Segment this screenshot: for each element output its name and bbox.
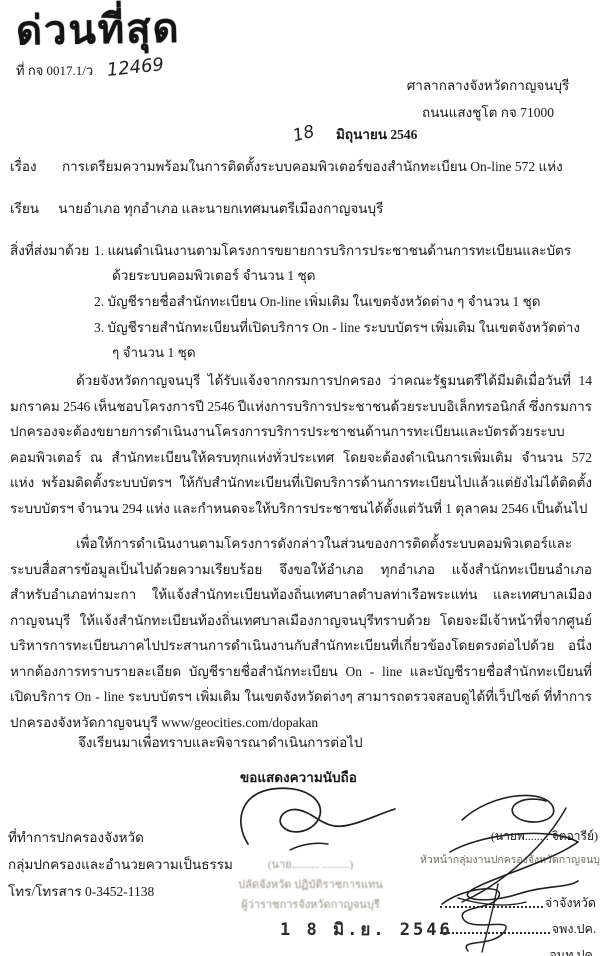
closing-line: จึงเรียนมาเพื่อทราบและพิจารณาดำเนินการต่… — [78, 730, 363, 755]
urgency-stamp: ด่วนที่สุด — [16, 7, 181, 54]
contact-phone: โทร/โทรสาร 0-3452-1138 — [8, 878, 233, 905]
reference-number-handwritten: 12469 — [106, 56, 165, 80]
date-stamp: 1 8 มิ.ย. 2546 — [280, 918, 453, 943]
attachments-label: สิ่งที่ส่งมาด้วย — [10, 238, 89, 263]
office-street: ถนนแสงชูโต กจ 71000 — [388, 99, 588, 126]
reference-number-line: ที่ กจ 0017.1/ว12469 — [16, 58, 165, 83]
addressee-label: เรียน — [10, 196, 39, 221]
signer-position-2: ผู้ว่าราชการจังหวัดกาญจนบุรี — [208, 895, 413, 915]
reference-label: ที่ กจ 0017.1/ว — [16, 63, 93, 78]
routing-initials-scribble — [434, 878, 546, 954]
subject-label: เรื่อง — [10, 154, 37, 179]
signer-name: (นาย.......... ..........) — [208, 855, 413, 875]
signer-position-1: ปลัดจังหวัด ปฏิบัติราชการแทน — [208, 875, 413, 895]
addressee-text: นายอำเภอ ทุกอำเภอ และนายกเทศมนตรีเมืองกา… — [58, 201, 383, 216]
date-day-handwritten: 18 — [290, 120, 317, 149]
letter-date: 18 มิถุนายน 2546 — [293, 122, 417, 147]
signer-name-position-stamp: (นาย.......... ..........) ปลัดจังหวัด ป… — [208, 855, 413, 915]
issuing-office-address: ศาลากลางจังหวัดกาญจนบุรี ถนนแสงชูโต กจ 7… — [388, 72, 588, 126]
contact-group: กลุ่มปกครองและอำนวยความเป็นธรรม — [8, 851, 233, 878]
body-paragraph-2: เพื่อให้การดำเนินงานตามโครงการดังกล่าวใน… — [10, 531, 592, 735]
attachment-item: 2. บัญชีรายชื่อสำนักทะเบียน On-line เพิ่… — [94, 289, 582, 314]
contact-office: ที่ทำการปกครองจังหวัด — [8, 824, 233, 851]
body-paragraph-1: ด้วยจังหวัดกาญจนบุรี ได้รับแจ้งจากกรมการ… — [10, 368, 592, 521]
addressee-line: เรียน นายอำเภอ ทุกอำเภอ และนายกเทศมนตรีเ… — [10, 196, 592, 221]
attachments-list: 1. แผนดำเนินงานตามโครงการขยายการบริการปร… — [94, 238, 582, 366]
sign-line-label: จ่าจังหวัด — [545, 894, 596, 912]
contact-block: ที่ทำการปกครองจังหวัด กลุ่มปกครองและอำนว… — [8, 824, 233, 905]
subject-line: เรื่อง การเตรียมความพร้อมในการติดตั้งระบ… — [10, 154, 592, 179]
sign-line-label: จนท.ปค. — [549, 946, 596, 956]
scanned-official-letter: ด่วนที่สุด ที่ กจ 0017.1/ว12469 ศาลากลาง… — [0, 0, 600, 956]
signer-signature — [232, 780, 407, 865]
sign-line-label: จพง.ปค. — [552, 920, 596, 938]
attachment-item: 3. บัญชีรายสำนักทะเบียนที่เปิดบริการ On … — [94, 315, 582, 365]
subject-text: การเตรียมความพร้อมในการติดตั้งระบบคอมพิว… — [62, 159, 563, 174]
date-month-year: มิถุนายน 2546 — [336, 127, 417, 142]
office-name: ศาลากลางจังหวัดกาญจนบุรี — [388, 72, 588, 99]
attachment-item: 1. แผนดำเนินงานตามโครงการขยายการบริการปร… — [94, 238, 582, 288]
